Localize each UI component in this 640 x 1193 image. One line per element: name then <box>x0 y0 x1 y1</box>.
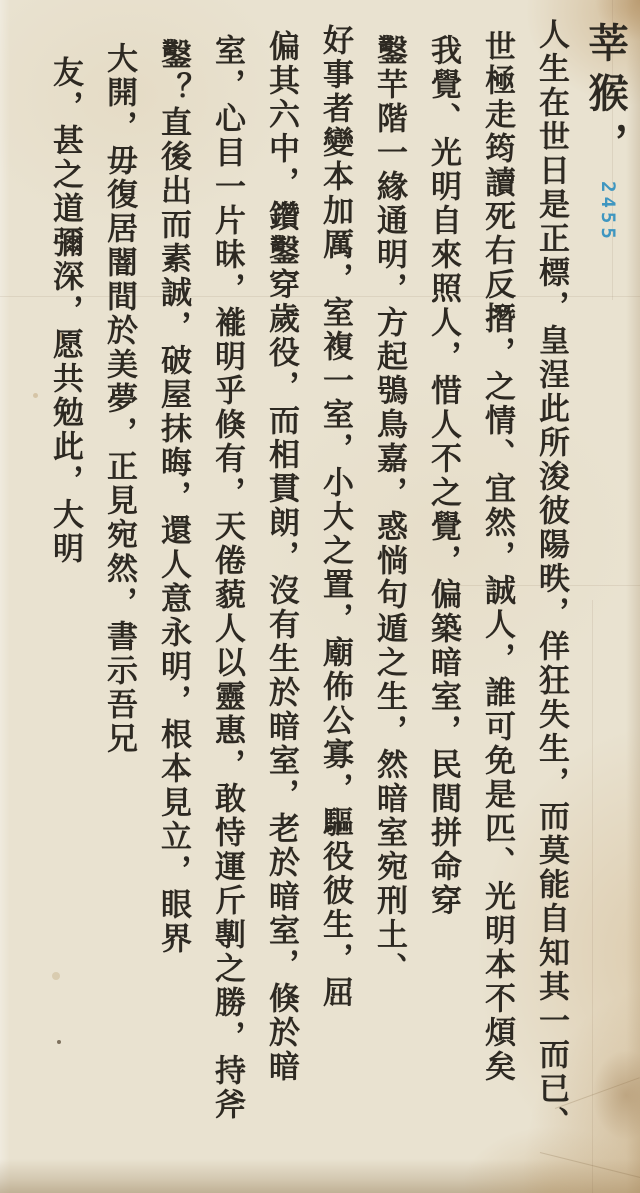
text-column: 鑿芉階一緣通明，方起鴞鳥嘉，惑惝句遁之生，然暗室宛刑土、 <box>362 10 416 1169</box>
text-column: 人生在世日是正標，皇浧此所浚彼陽昳，佯狂失生，而莫能自知其一而已、 <box>524 10 578 1169</box>
text-column: 好事者變本加厲，室複一室，小大之置，廟佈公寡，驅役彼生，屈 <box>308 10 362 1169</box>
text-column: 世極走筠讀死右反撍，之情、宜然，誠人，誰可免是匹、光明本不煩矣 <box>470 10 524 1169</box>
text-column: 偏其六中，鑽鑿穿歲役，而相貫朗，沒有生於暗室，老於暗室，倏於暗 <box>254 10 308 1169</box>
letter-body: 莘猴， 人生在世日是正標，皇浧此所浚彼陽昳，佯狂失生，而莫能自知其一而已、 世極… <box>18 10 632 1169</box>
text-column: 友，甚之道彌深，愿共勉此，大明 <box>38 10 92 1169</box>
text-column-salutation: 莘猴， <box>578 10 632 1169</box>
letter-paper: 2455 莘猴， 人生在世日是正標，皇浧此所浚彼陽昳，佯狂失生，而莫能自知其一而… <box>0 0 640 1193</box>
text-column: 我覺、光明自來照人，惜人不之覺，偏築暗室，民間拼命穿 <box>416 10 470 1169</box>
text-column: 室，心目一片昧，褦明乎倏有，天倦藐人以靈惠，敢恃運斤剸之勝，持斧 <box>200 10 254 1169</box>
text-column: 大開，毋復居闇間於美夢，正見宛然，書示吾兄 <box>92 10 146 1169</box>
text-column: 鑿？直後出而素誠，破屋抹晦，還人意永明，根本見立，眼界 <box>146 10 200 1169</box>
